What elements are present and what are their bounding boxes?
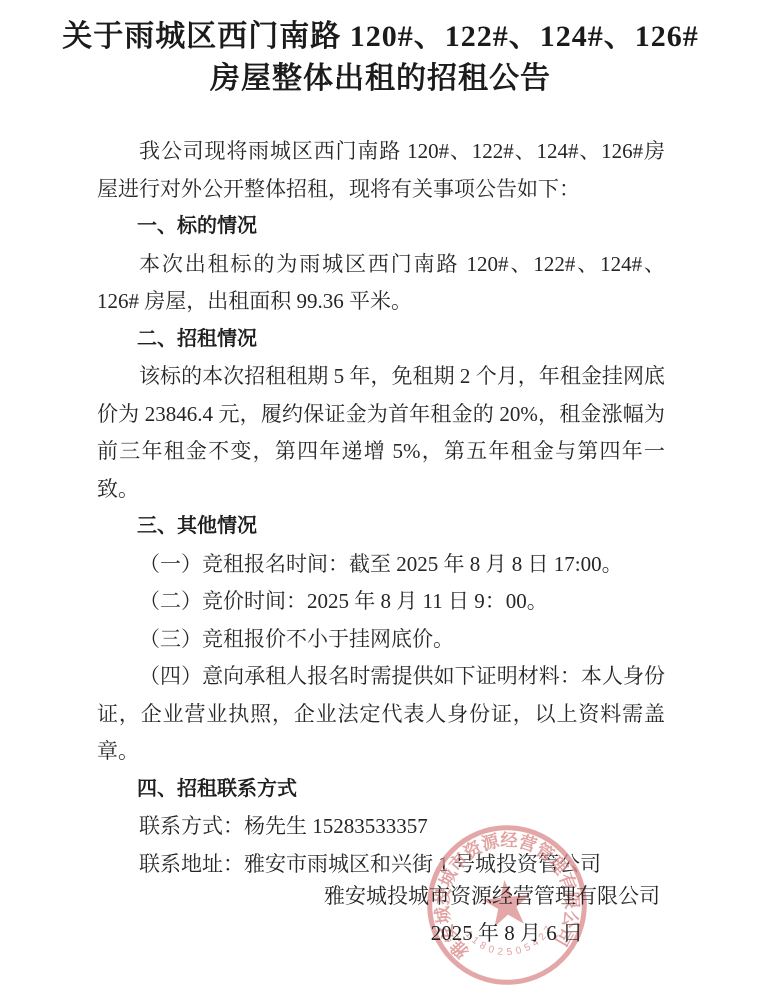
body-paragraph: （二）竞价时间：2025 年 8 月 11 日 9：00。 — [97, 583, 665, 621]
section-heading: 一、标的情况 — [97, 208, 665, 246]
body-paragraph: （四）意向承租人报名时需提供如下证明材料：本人身份证，企业营业执照，企业法定代表… — [97, 658, 665, 771]
body-paragraph: 该标的本次招租租期 5 年，免租期 2 个月，年租金挂网底价为 23846.4 … — [97, 358, 665, 508]
body-paragraph: （三）竞租报价不小于挂网底价。 — [97, 621, 665, 659]
document-page: 关于雨城区西门南路 120#、122#、124#、126# 房屋整体出租的招租公… — [0, 0, 761, 1007]
signature-date: 2025 年 8 月 6 日 — [431, 919, 583, 947]
sections-container: 一、标的情况本次出租标的为雨城区西门南路 120#、122#、124#、126#… — [97, 208, 665, 883]
page-title: 关于雨城区西门南路 120#、122#、124#、126# 房屋整体出租的招租公… — [40, 16, 721, 100]
section-heading: 二、招租情况 — [97, 321, 665, 359]
page-title-line2: 房屋整体出租的招租公告 — [210, 62, 551, 95]
page-title-line1: 关于雨城区西门南路 120#、122#、124#、126# — [62, 20, 699, 53]
body-paragraph: （一）竞租报名时间：截至 2025 年 8 月 8 日 17:00。 — [97, 546, 665, 584]
signature-company: 雅安城投城市资源经营管理有限公司 — [0, 882, 660, 910]
intro-paragraph: 我公司现将雨城区西门南路 120#、122#、124#、126#房屋进行对外公开… — [97, 133, 665, 208]
section-heading: 四、招租联系方式 — [97, 771, 665, 809]
document-body: 我公司现将雨城区西门南路 120#、122#、124#、126#房屋进行对外公开… — [97, 133, 665, 883]
body-paragraph: 本次出租标的为雨城区西门南路 120#、122#、124#、126# 房屋，出租… — [97, 246, 665, 321]
section-heading: 三、其他情况 — [97, 508, 665, 546]
